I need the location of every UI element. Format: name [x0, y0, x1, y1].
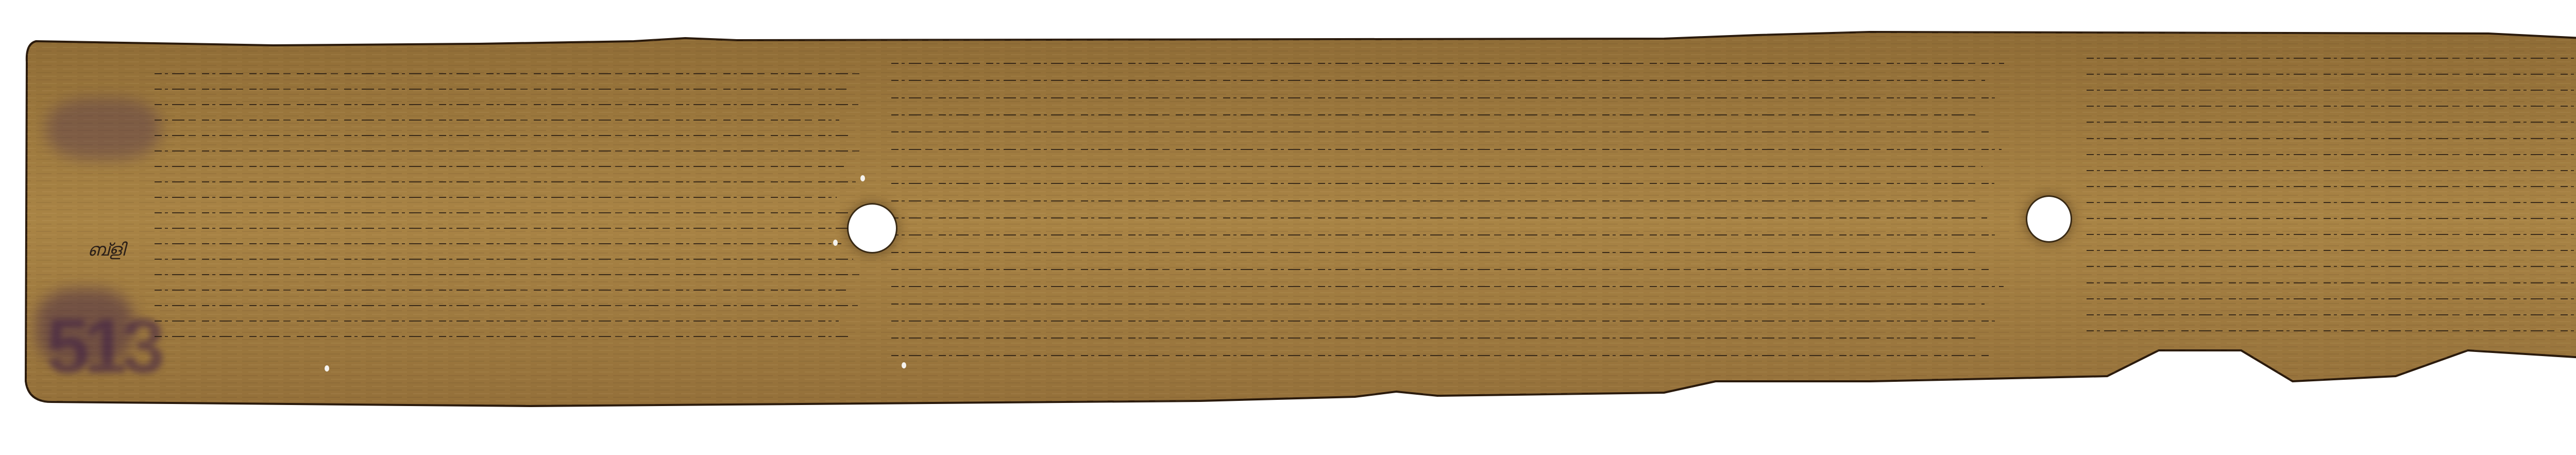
script-line: [155, 150, 863, 151]
script-line: [2087, 138, 2576, 139]
script-line: [155, 73, 866, 74]
script-line: [155, 212, 849, 213]
script-line: [155, 104, 858, 105]
script-line: [155, 243, 841, 244]
text-block-1: [155, 67, 866, 356]
script-line: [891, 183, 1994, 184]
palm-leaf: 513 ബ്ളി 5 1 3: [15, 21, 2576, 412]
script-line: [2087, 202, 2576, 203]
left-smudged-number: 513: [46, 301, 160, 391]
script-line: [155, 166, 844, 167]
text-block-3: [2087, 52, 2576, 350]
script-line: [891, 114, 1978, 115]
ink-smudge-upper: [46, 98, 160, 160]
script-line: [2087, 314, 2576, 315]
script-line: [2087, 154, 2576, 155]
script-line: [2087, 266, 2576, 267]
script-line: [891, 338, 1977, 339]
script-line: [891, 252, 1980, 253]
script-line: [891, 217, 1987, 218]
script-line: [891, 269, 1992, 270]
script-line: [155, 89, 846, 90]
script-line: [891, 304, 1985, 305]
script-line: [2087, 74, 2576, 75]
pinhole: [833, 240, 838, 246]
script-line: [155, 181, 856, 182]
script-line: [2087, 282, 2576, 283]
script-line: [155, 336, 851, 337]
script-line: [891, 355, 1989, 356]
script-line: [2087, 330, 2576, 331]
script-line: [155, 135, 851, 136]
script-line: [2087, 106, 2576, 107]
script-line: [2087, 218, 2576, 219]
string-hole-right: [2027, 197, 2071, 241]
script-line: [891, 149, 2002, 150]
script-line: [155, 259, 853, 260]
script-line: [891, 166, 1982, 167]
script-line: [891, 286, 2004, 287]
script-line: [2087, 234, 2576, 235]
script-line: [155, 274, 865, 275]
script-line: [891, 200, 1975, 201]
script-line: [155, 197, 837, 198]
script-line: [155, 120, 839, 121]
script-line: [891, 97, 1997, 98]
pinhole: [860, 175, 865, 181]
script-line: [2087, 170, 2576, 171]
script-line: [891, 63, 2004, 64]
margin-note: ബ്ളി: [88, 240, 125, 260]
pinhole: [902, 362, 906, 368]
script-line: [891, 131, 1990, 132]
script-line: [2087, 58, 2576, 59]
script-line: [891, 234, 1999, 235]
script-line: [155, 290, 846, 291]
script-line: [155, 305, 858, 306]
script-line: [891, 321, 1996, 322]
script-line: [155, 228, 860, 229]
script-line: [2087, 298, 2576, 299]
string-hole-left: [849, 205, 896, 252]
script-line: [2087, 122, 2576, 123]
pinhole: [325, 365, 329, 372]
script-line: [891, 80, 1985, 81]
script-line: [2087, 186, 2576, 187]
text-block-2: [891, 57, 2004, 376]
script-line: [2087, 90, 2576, 91]
script-line: [155, 321, 839, 322]
script-line: [2087, 250, 2576, 251]
